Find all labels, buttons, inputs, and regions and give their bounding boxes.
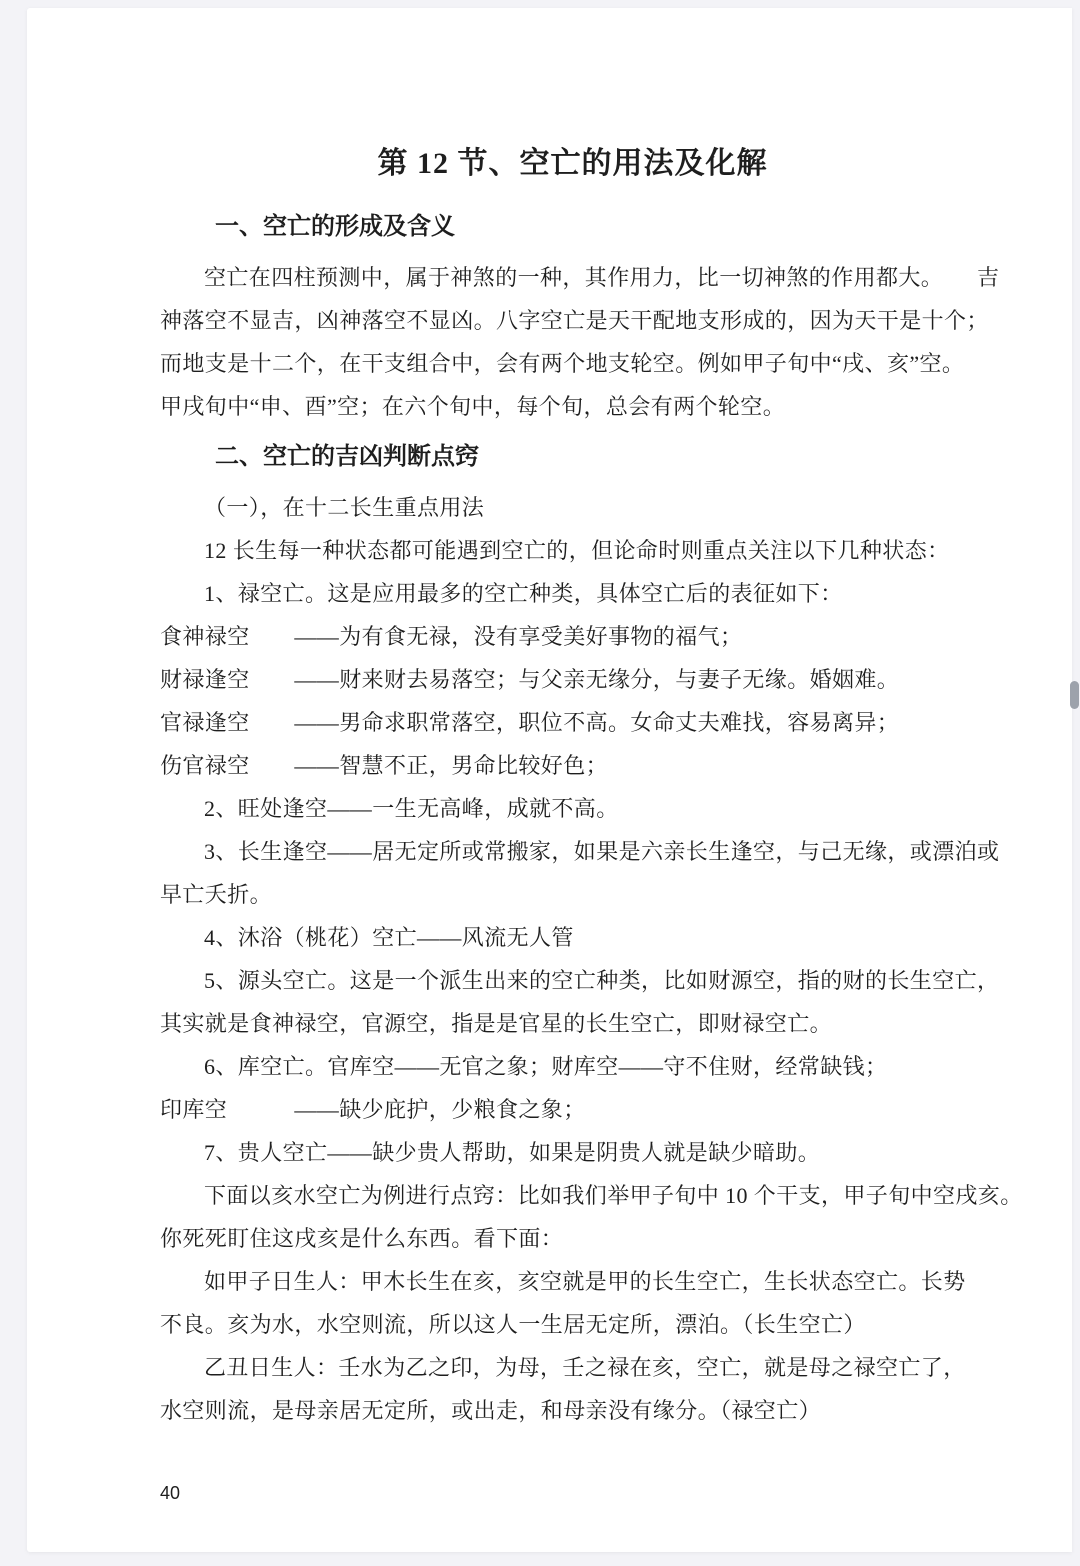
page-number: 40 — [160, 1483, 180, 1504]
text-line: 6、库空亡。官库空——无官之象；财库空——守不住财，经常缺钱； — [160, 1045, 985, 1088]
text-line: 官禄逢空 ——男命求职常落空，职位不高。女命丈夫难找，容易离异； — [160, 701, 985, 744]
document-content: 第 12 节、空亡的用法及化解 一、空亡的形成及含义 空亡在四柱预测中，属于神煞… — [27, 139, 1072, 1432]
section-heading-1: 一、空亡的形成及含义 — [160, 205, 985, 248]
text-line: 下面以亥水空亡为例进行点窍：比如我们举甲子旬中 10 个干支，甲子旬中空戌亥。 — [160, 1174, 985, 1217]
text-line: 5、源头空亡。这是一个派生出来的空亡种类，比如财源空，指的财的长生空亡， — [160, 959, 985, 1002]
text-line: 不良。亥为水，水空则流，所以这人一生居无定所，漂泊。（长生空亡） — [160, 1303, 985, 1346]
text-line: 水空则流，是母亲居无定所，或出走，和母亲没有缘分。（禄空亡） — [160, 1389, 985, 1432]
text-line: 早亡夭折。 — [160, 873, 985, 916]
text-line: 神落空不显吉，凶神落空不显凶。八字空亡是天干配地支形成的，因为天干是十个； — [160, 299, 985, 342]
text-line: 1、禄空亡。这是应用最多的空亡种类，具体空亡后的表征如下： — [160, 572, 985, 615]
text-line: 如甲子日生人：甲木长生在亥，亥空就是甲的长生空亡，生长状态空亡。长势 — [160, 1260, 985, 1303]
document-page: 第 12 节、空亡的用法及化解 一、空亡的形成及含义 空亡在四柱预测中，属于神煞… — [27, 8, 1072, 1552]
text-line: 乙丑日生人：壬水为乙之印，为母，壬之禄在亥，空亡，就是母之禄空亡了， — [160, 1346, 985, 1389]
text-line: 2、旺处逢空——一生无高峰，成就不高。 — [160, 787, 985, 830]
section-heading-2: 二、空亡的吉凶判断点窍 — [160, 435, 985, 478]
text-line: 你死死盯住这戌亥是什么东西。看下面： — [160, 1217, 985, 1260]
text-line: （一），在十二长生重点用法 — [160, 486, 985, 529]
text-line: 12 长生每一种状态都可能遇到空亡的，但论命时则重点关注以下几种状态： — [160, 529, 985, 572]
doc-title: 第 12 节、空亡的用法及化解 — [160, 139, 985, 189]
text-line: 伤官禄空 ——智慧不正，男命比较好色； — [160, 744, 985, 787]
text-line: 甲戌旬中“申、酉”空；在六个旬中，每个旬，总会有两个轮空。 — [160, 385, 985, 428]
text-line: 空亡在四柱预测中，属于神煞的一种，其作用力，比一切神煞的作用都大。 吉 — [160, 256, 985, 299]
text-line: 而地支是十二个，在干支组合中，会有两个地支轮空。例如甲子旬中“戌、亥”空。 — [160, 342, 985, 385]
text-line: 其实就是食神禄空，官源空，指是是官星的长生空亡，即财禄空亡。 — [160, 1002, 985, 1045]
text-line: 印库空 ——缺少庇护，少粮食之象； — [160, 1088, 985, 1131]
text-line: 7、贵人空亡——缺少贵人帮助，如果是阴贵人就是缺少暗助。 — [160, 1131, 985, 1174]
text-line: 财禄逢空 ——财来财去易落空；与父亲无缘分，与妻子无缘。婚姻难。 — [160, 658, 985, 701]
text-line: 食神禄空 ——为有食无禄，没有享受美好事物的福气； — [160, 615, 985, 658]
scrollbar-thumb[interactable] — [1070, 681, 1079, 709]
text-line: 3、长生逢空——居无定所或常搬家，如果是六亲长生逢空，与己无缘，或漂泊或 — [160, 830, 985, 873]
text-line: 4、沐浴（桃花）空亡——风流无人管 — [160, 916, 985, 959]
